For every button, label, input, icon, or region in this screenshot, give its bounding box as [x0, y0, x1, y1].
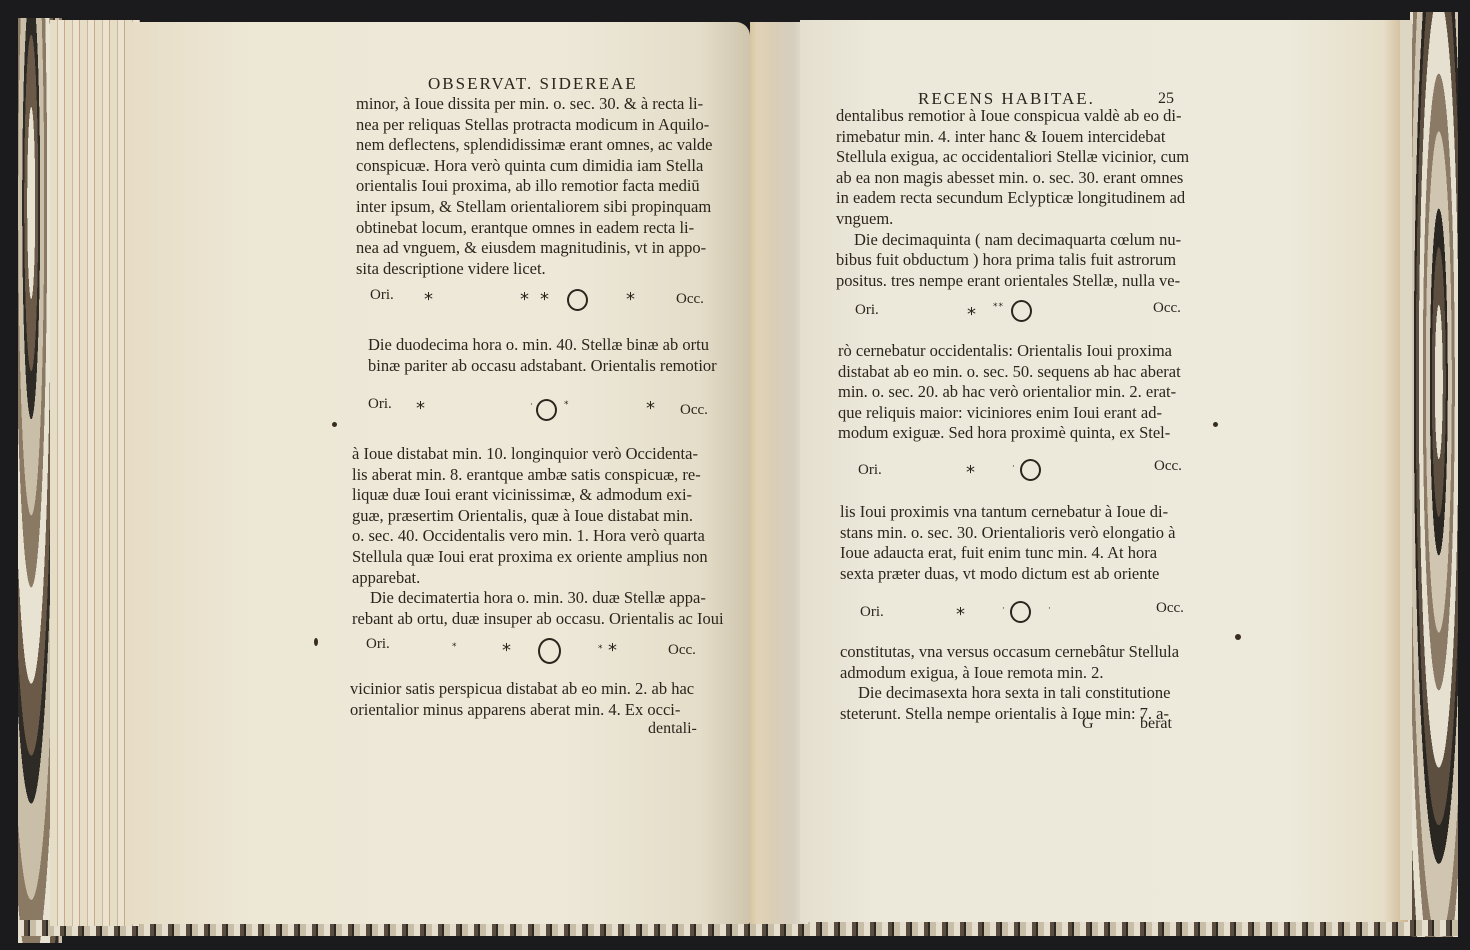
text-line: lis aberat min. 8. erantque ambæ satis c…	[352, 465, 718, 486]
orient-label: Ori.	[366, 636, 390, 653]
occident-label: Occ.	[676, 291, 704, 308]
jupiter-diagram-right-1: Ori. * ** Occ.	[855, 300, 1195, 328]
star-icon: *	[608, 640, 617, 661]
occident-label: Occ.	[1156, 600, 1184, 617]
text-line: orientalis Ioui proxima, ab illo remotio…	[356, 176, 720, 197]
text-line: Die decimaquinta ( nam decimaquarta cœlu…	[836, 230, 1198, 251]
left-text-mid1: Die duodecima hora o. min. 40. Stellæ bi…	[368, 335, 718, 376]
star-icon: ·	[1012, 462, 1015, 472]
text-line: modum exiguæ. Sed hora proximè quinta, e…	[838, 423, 1200, 444]
occident-label: Occ.	[668, 642, 696, 659]
text-line: Die duodecima hora o. min. 40. Stellæ bi…	[368, 335, 718, 356]
occident-label: Occ.	[1154, 458, 1182, 475]
right-text-mid1: rò cernebatur occidentalis: Orientalis I…	[838, 341, 1200, 444]
text-line: positus. tres nempe erant orientales Ste…	[836, 271, 1198, 292]
ink-mark	[1213, 422, 1218, 427]
text-line: conspicuæ. Hora verò quinta cum dimidia …	[356, 156, 720, 177]
text-line: nea per reliquas Stellas protracta modic…	[356, 115, 720, 136]
text-line: Ioue adaucta erat, fuit enim tunc min. 4…	[840, 543, 1202, 564]
star-icon: *	[416, 398, 425, 419]
text-line: liquæ duæ Ioui erant vicinissimæ, & admo…	[352, 485, 718, 506]
right-text-top: dentalibus remotior à Ioue conspicua val…	[836, 106, 1198, 291]
left-text-top: minor, à Ioue dissita per min. o. sec. 3…	[356, 94, 720, 279]
text-line: o. sec. 40. Occidentalis vero min. 1. Ho…	[352, 526, 718, 547]
star-icon: *	[967, 304, 976, 325]
left-text-bottom: vicinior satis perspicua distabat ab eo …	[350, 679, 712, 720]
text-line: lis Ioui proximis vna tantum cernebatur …	[840, 502, 1202, 523]
text-line: obtinebat locum, erantque omnes in eadem…	[356, 218, 720, 239]
star-icon: *	[520, 289, 529, 310]
jupiter-icon	[1020, 459, 1041, 481]
star-icon: ·	[1002, 604, 1005, 614]
text-line: vnguem.	[836, 209, 1198, 230]
text-line: sexta præter duas, vt modo dictum est ab…	[840, 564, 1202, 585]
orient-label: Ori.	[858, 462, 882, 479]
star-icon: **	[993, 302, 1004, 312]
text-line: in eadem recta secundum Eclypticæ longit…	[836, 188, 1198, 209]
text-line: bibus fuit obductum ) hora prima talis f…	[836, 250, 1198, 271]
orient-label: Ori.	[860, 604, 884, 621]
star-icon: *	[646, 398, 655, 419]
text-line: min. o. sec. 20. ab hac verò orientalior…	[838, 382, 1200, 403]
text-line: Die decimasexta hora sexta in tali const…	[840, 683, 1202, 704]
text-line: nea ad vnguem, & eiusdem magnitudinis, v…	[356, 238, 720, 259]
jupiter-icon	[1011, 300, 1032, 322]
text-line: dentalibus remotior à Ioue conspicua val…	[836, 106, 1198, 127]
text-line: apparebat.	[352, 568, 718, 589]
text-line: rebant ab ortu, duæ insuper ab occasu. O…	[352, 609, 718, 630]
text-line: constitutas, vna versus occasum cernebât…	[840, 642, 1202, 663]
page-stack-edges	[50, 20, 140, 926]
signature-mark: G	[1082, 715, 1094, 733]
star-icon: *	[598, 644, 603, 654]
text-line: que reliquis maior: viciniores enim Ioui…	[838, 403, 1200, 424]
text-line: nem deflectens, splendidissimæ erant omn…	[356, 135, 720, 156]
text-line: rò cernebatur occidentalis: Orientalis I…	[838, 341, 1200, 362]
star-icon: *	[966, 462, 975, 483]
text-line: à Ioue distabat min. 10. longinquior ver…	[352, 444, 718, 465]
orient-label: Ori.	[370, 287, 394, 304]
text-line: stans min. o. sec. 30. Orientalioris ver…	[840, 523, 1202, 544]
jupiter-diagram-right-2: Ori. * · Occ.	[858, 458, 1198, 486]
text-line: Stellula quæ Ioui erat proxima ex orient…	[352, 547, 718, 568]
star-icon: *	[540, 289, 549, 310]
occident-label: Occ.	[1153, 300, 1181, 317]
right-page-edge	[1400, 20, 1412, 920]
star-icon: *	[424, 289, 433, 310]
jupiter-diagram-right-3: Ori. * · · Occ.	[860, 600, 1200, 628]
star-icon: ·	[1048, 604, 1051, 614]
ink-mark	[1235, 634, 1241, 640]
left-running-head: OBSERVAT. SIDEREAE	[428, 74, 638, 94]
jupiter-diagram-left-2: Ori. * · * * Occ.	[368, 396, 708, 424]
star-icon: *	[626, 289, 635, 310]
jupiter-icon	[536, 399, 557, 421]
occident-label: Occ.	[680, 402, 708, 419]
catchword: dentali-	[648, 720, 697, 738]
ink-mark	[314, 638, 318, 646]
text-line: binæ pariter ab occasu adstabant. Orient…	[368, 356, 718, 377]
text-line: Die decimatertia hora o. min. 30. duæ St…	[352, 588, 718, 609]
text-line: admodum exigua, à Ioue remota min. 2.	[840, 663, 1202, 684]
jupiter-diagram-left-1: Ori. * * * * Occ.	[370, 287, 710, 315]
jupiter-icon	[538, 638, 561, 664]
star-icon: ·	[530, 400, 533, 410]
text-line: ab ea non magis abesset min. o. sec. 30.…	[836, 168, 1198, 189]
text-line: vicinior satis perspicua distabat ab eo …	[350, 679, 712, 700]
star-icon: *	[564, 400, 569, 410]
jupiter-icon	[1010, 601, 1031, 623]
text-line: rimebatur min. 4. inter hanc & Iouem int…	[836, 127, 1198, 148]
star-icon: *	[452, 642, 457, 652]
text-line: distabat ab eo min. o. sec. 50. sequens …	[838, 362, 1200, 383]
text-line: inter ipsum, & Stellam orientaliorem sib…	[356, 197, 720, 218]
star-icon: *	[502, 640, 511, 661]
left-text-mid2: à Ioue distabat min. 10. longinquior ver…	[352, 444, 718, 629]
star-icon: *	[956, 604, 965, 625]
catchword: berat	[1140, 715, 1172, 733]
text-line: orientalior minus apparens aberat min. 4…	[350, 700, 712, 721]
jupiter-diagram-left-3: Ori. * * * * Occ.	[366, 636, 706, 664]
orient-label: Ori.	[368, 396, 392, 413]
marbled-cover-right	[1410, 12, 1458, 937]
text-line: Stellula exigua, ac occidentaliori Stell…	[836, 147, 1198, 168]
jupiter-icon	[567, 289, 588, 311]
right-text-bottom: constitutas, vna versus occasum cernebât…	[840, 642, 1202, 724]
text-line: minor, à Ioue dissita per min. o. sec. 3…	[356, 94, 720, 115]
right-text-mid2: lis Ioui proximis vna tantum cernebatur …	[840, 502, 1202, 584]
ink-mark	[332, 422, 337, 427]
text-line: guæ, præsertim Orientalis, quæ à Ioue di…	[352, 506, 718, 527]
orient-label: Ori.	[855, 302, 879, 319]
text-line: sita descriptione videre licet.	[356, 259, 720, 280]
